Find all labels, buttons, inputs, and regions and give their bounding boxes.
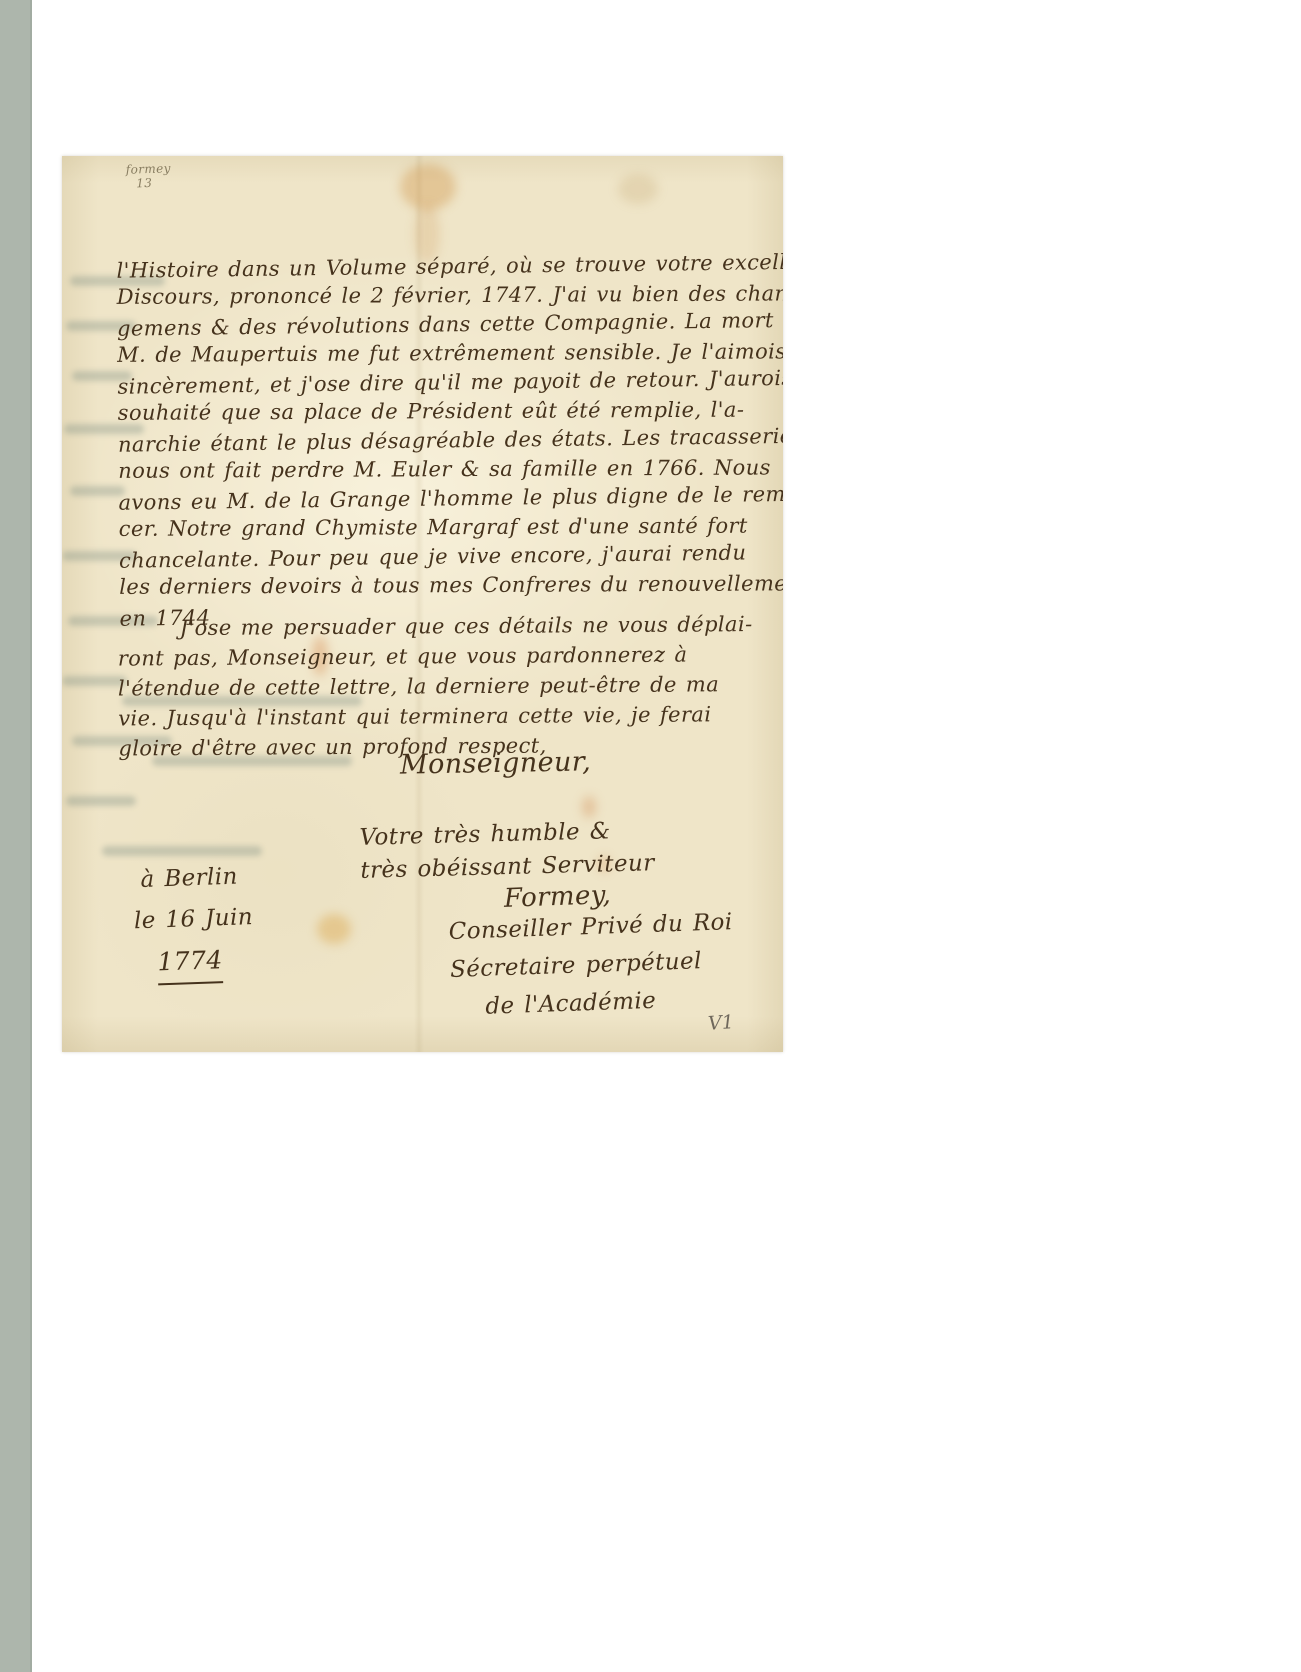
dateline-place: à Berlin xyxy=(140,856,252,901)
closing-formula: Votre très humble & très obéissant Servi… xyxy=(359,814,655,888)
manuscript-line: l'étendue de cette lettre, la derniere p… xyxy=(118,668,783,703)
ink-bleedthrough xyxy=(70,486,125,496)
closing-line: très obéissant Serviteur xyxy=(360,847,655,888)
archival-note-line: formey xyxy=(126,161,172,177)
archival-note: formey 13 xyxy=(126,161,172,191)
letter-body-paragraph-2: J'ose me persuader que ces détails ne vo… xyxy=(117,608,783,763)
dateline-year: 1774 xyxy=(157,939,224,985)
salutation: Monseigneur, xyxy=(400,746,592,780)
dateline-date: le 16 Juin xyxy=(133,897,253,942)
letter-body-paragraph-1: l'Histoire dans un Volume séparé, où se … xyxy=(116,249,783,632)
left-margin-stripe xyxy=(0,0,32,1672)
ink-bleedthrough xyxy=(102,846,262,856)
archival-note-line: 13 xyxy=(126,175,172,191)
ink-bleedthrough xyxy=(66,796,136,806)
manuscript-line: ront pas, Monseigneur, et que vous pardo… xyxy=(118,638,783,673)
manuscript-line: vie. Jusqu'à l'instant qui terminera cet… xyxy=(118,698,783,733)
letter-scan: formey 13 l'Histoire dans un Volume sépa… xyxy=(62,156,783,1052)
paper-stain xyxy=(317,914,351,944)
signature-titles: Conseiller Privé du Roi Sécretaire perpé… xyxy=(448,903,736,1027)
paper-stain xyxy=(618,174,658,204)
paper-stain xyxy=(582,796,596,818)
page: { "page": { "background_color": "#ffffff… xyxy=(0,0,1301,1672)
folio-mark: V1 xyxy=(707,1011,734,1035)
dateline: à Berlin le 16 Juin 1774 xyxy=(140,856,255,986)
manuscript-line: J'ose me persuader que ces détails ne vo… xyxy=(117,608,783,643)
